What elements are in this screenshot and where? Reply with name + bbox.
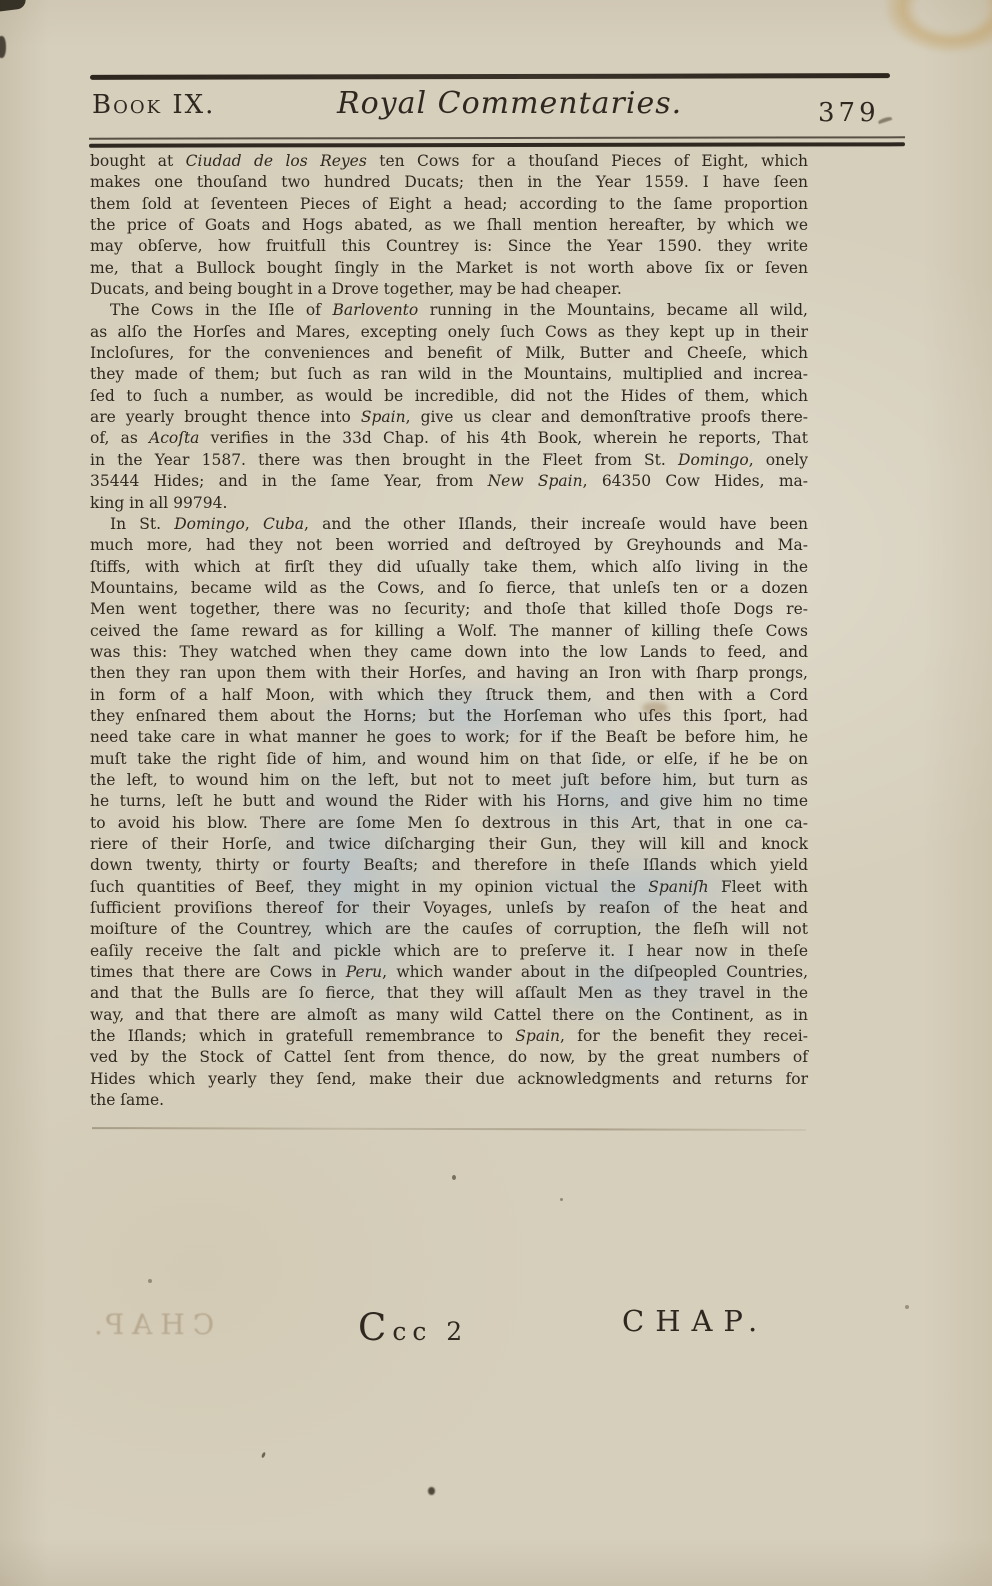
text-line: 35444 Hides; and in the ſame Year, from …: [90, 471, 808, 492]
text-line: was this: They watched when they came do…: [90, 642, 808, 663]
text-line: me, that a Bullock bought ſingly in the …: [90, 258, 808, 279]
ink-speck: [148, 1279, 152, 1283]
scan-edge-mark: [0, 0, 27, 12]
text-line: in form of a half Moon, with which they …: [90, 685, 808, 706]
text-line: he turns, leſt he butt and wound the Rid…: [90, 791, 808, 812]
gathering-signature: Ccc 2: [358, 1306, 468, 1349]
header-rule-thick: [89, 142, 905, 147]
text-line: they enſnared them about the Horns; but …: [90, 706, 808, 727]
text-line: the Iſlands; which in gratefull remembra…: [90, 1026, 808, 1047]
text-line: bought at Ciudad de los Reyes ten Cows f…: [90, 151, 808, 172]
paragraph: The Cows in the Iſle of Barlovento runni…: [90, 300, 808, 513]
text-line: times that there are Cows in Peru, which…: [90, 962, 808, 983]
text-line: moiſture of the Countrey, which are the …: [90, 919, 808, 940]
text-line: the left, to wound him on the left, but …: [90, 770, 808, 791]
text-line: Men went together, there was no ſecurity…: [90, 599, 808, 620]
ink-speck: [452, 1175, 456, 1180]
text-line: muſt take the right ſide of him, and wou…: [90, 749, 808, 770]
text-line: Ducats, and being bought in a Drove toge…: [90, 279, 808, 300]
text-line: eaſily receive the ſalt and pickle which…: [90, 941, 808, 962]
text-line: and that the Bulls are ſo fierce, that t…: [90, 983, 808, 1004]
text-line: makes one thouſand two hundred Ducats; t…: [90, 172, 808, 193]
text-line: riere of their Horſe, and twice diſcharg…: [90, 834, 808, 855]
book-label: Book IX.: [92, 90, 215, 120]
text-line: Mountains, became wild as the Cows, and …: [90, 578, 808, 599]
text-line: to avoid his blow. There are ſome Men ſo…: [90, 813, 808, 834]
paragraph: bought at Ciudad de los Reyes ten Cows f…: [90, 151, 808, 300]
scan-edge-mark: [0, 36, 6, 58]
running-title: Royal Commentaries.: [337, 86, 682, 121]
text-line: the ſame.: [90, 1090, 808, 1111]
text-line: the price of Goats and Hogs abated, as w…: [90, 215, 808, 236]
text-line: ſtiffs, with which at firſt they did uſu…: [90, 557, 808, 578]
footer-rule: [92, 1127, 806, 1131]
ink-speck: [878, 116, 893, 124]
text-block: bought at Ciudad de los Reyes ten Cows f…: [90, 151, 808, 1111]
text-line: down twenty, thirty or fourty Beaſts; an…: [90, 855, 808, 876]
text-line: are yearly brought thence into Spain, gi…: [90, 407, 808, 428]
text-line: The Cows in the Iſle of Barlovento runni…: [90, 300, 808, 321]
text-line: they made of them; but ſuch as ran wild …: [90, 364, 808, 385]
text-line: Hides which yearly they ſend, make their…: [90, 1069, 808, 1090]
text-line: need take care in what manner he goes to…: [90, 727, 808, 748]
header-rule-thin: [89, 136, 905, 139]
text-line: ſufficient proviſions thereof for their …: [90, 898, 808, 919]
text-line: way, and that there are almoſt as many w…: [90, 1005, 808, 1026]
top-rule: [90, 73, 890, 80]
text-line: may obſerve, how fruitfull this Countrey…: [90, 236, 808, 257]
text-line: Incloſures, for the conveniences and ben…: [90, 343, 808, 364]
book-page-scan: Book IX. Royal Commentaries. 379 bought …: [0, 0, 992, 1586]
text-line: ceived the ſame reward as for killing a …: [90, 621, 808, 642]
ink-speck: [261, 1452, 266, 1459]
text-line: ved by the Stock of Cattel ſent from the…: [90, 1047, 808, 1068]
catchword-chap: CHAP.: [622, 1304, 768, 1338]
text-line: ſed to ſuch a number, as would be incred…: [90, 386, 808, 407]
text-line: them ſold at ſeventeen Pieces of Eight a…: [90, 194, 808, 215]
paragraph: In St. Domingo, Cuba, and the other Iſla…: [90, 514, 808, 1112]
text-line: of, as Acoſta verifies in the 33d Chap. …: [90, 428, 808, 449]
text-line: ſuch quantities of Beef, they might in m…: [90, 877, 808, 898]
ink-speck: [560, 1198, 563, 1201]
paper-stain: [886, 0, 992, 52]
show-through-catchword: CHAP.: [86, 1308, 214, 1341]
text-line: much more, had they not been worried and…: [90, 535, 808, 556]
text-line: in the Year 1587. there was then brought…: [90, 450, 808, 471]
ink-speck: [428, 1487, 435, 1495]
text-line: king in all 99794.: [90, 493, 808, 514]
text-line: In St. Domingo, Cuba, and the other Iſla…: [90, 514, 808, 535]
ink-speck: [905, 1305, 909, 1309]
text-line: then they ran upon them with their Horſe…: [90, 663, 808, 684]
text-line: as alſo the Horſes and Mares, excepting …: [90, 322, 808, 343]
page-number: 379: [818, 98, 880, 128]
